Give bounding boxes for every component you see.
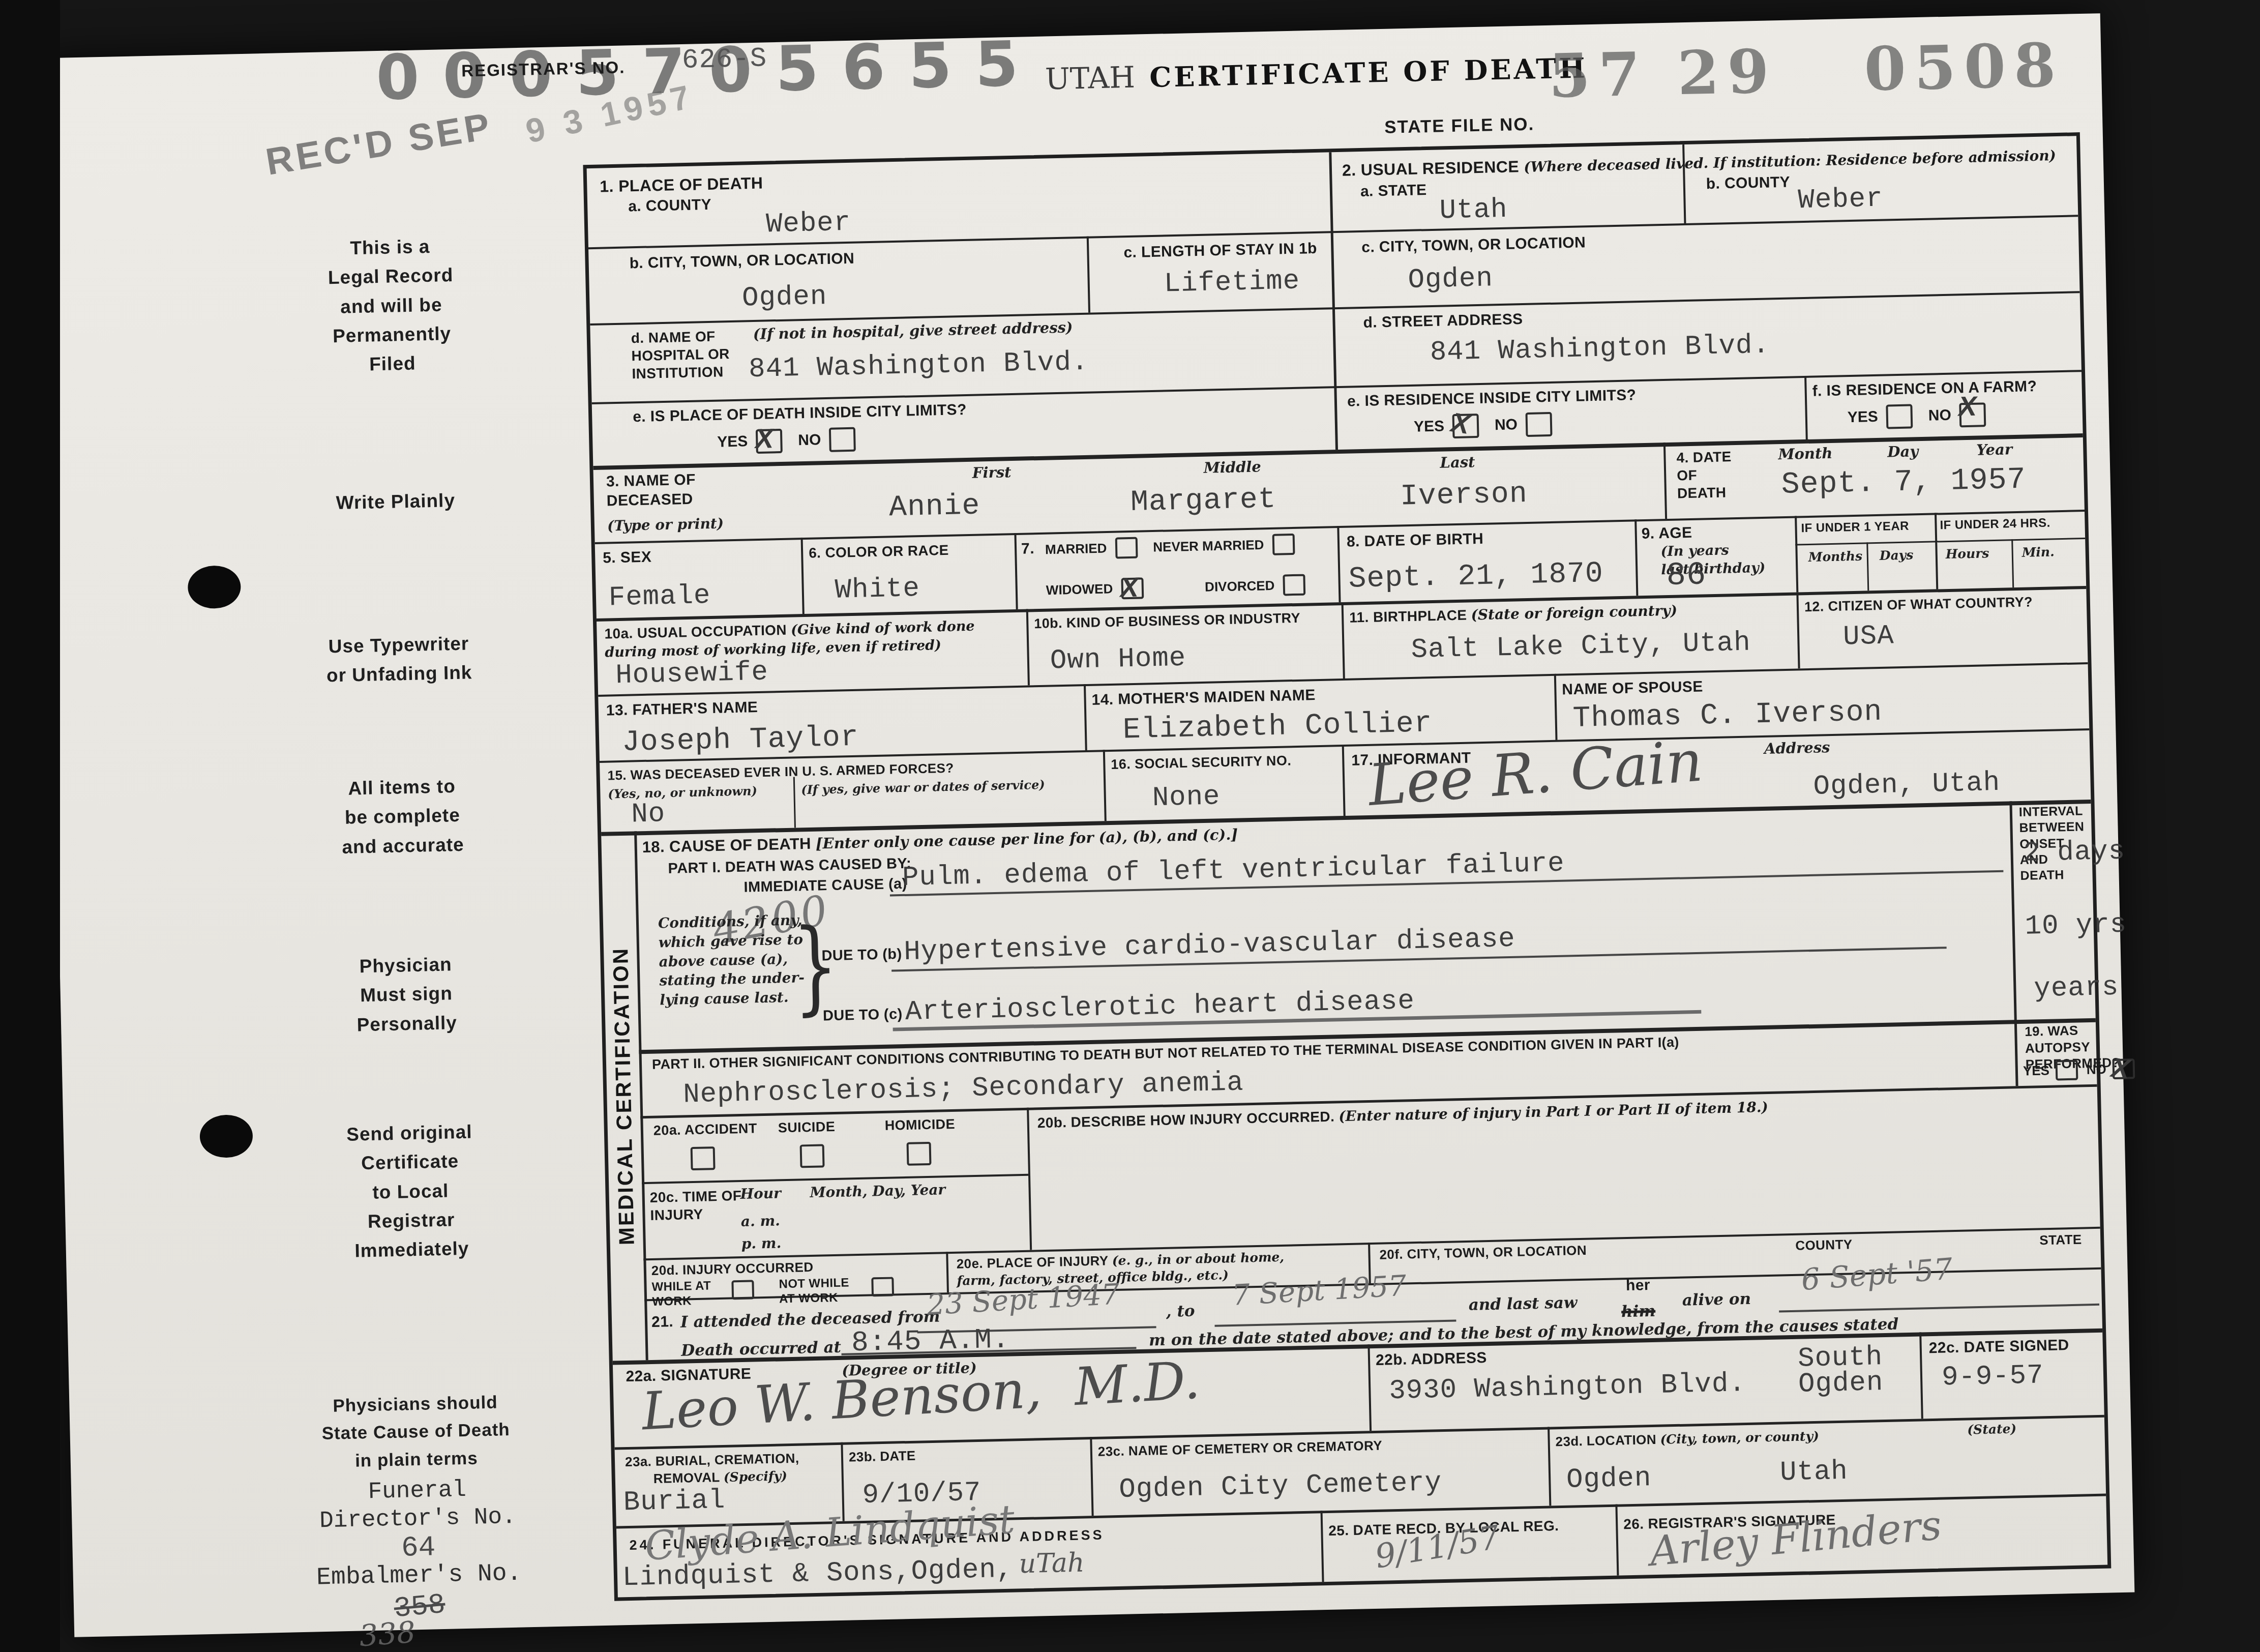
armed-forces-note2: (If yes, give war or dates of service) xyxy=(801,777,1045,799)
color-race-label: 6. COLOR OR RACE xyxy=(809,541,949,562)
last-saw-label: and last saw xyxy=(1468,1292,1578,1316)
marital-row-1: MARRIED NEVER MARRIED xyxy=(1045,533,1309,560)
street-address-value: 841 Washington Blvd. xyxy=(1430,330,1770,369)
burial-label-2: REMOVAL (Specify) xyxy=(653,1467,787,1487)
married-checkbox xyxy=(1115,537,1138,559)
ssn-value: None xyxy=(1152,781,1221,814)
day-header: Day xyxy=(1887,441,1919,462)
medical-certification-sidebar: MEDICAL CERTIFICATION xyxy=(601,831,646,1361)
informant-address-label: Address xyxy=(1764,737,1830,759)
date-of-death-value: Sept. 7, 1957 xyxy=(1781,463,2026,503)
death-statement-tail: m on the date stated above; and to the b… xyxy=(1149,1314,1899,1351)
interval-a-value: 2 days xyxy=(2023,836,2126,869)
no-label: NO xyxy=(798,431,821,449)
age-label-text: 9. AGE xyxy=(1641,524,1692,542)
burial-label-2-text: REMOVAL xyxy=(653,1469,724,1486)
informant-signature: Lee R. Cain xyxy=(1366,728,1705,819)
yes-checkbox: X xyxy=(1452,414,1479,438)
month-header: Month xyxy=(1778,444,1833,464)
burial-location-state: Utah xyxy=(1779,1456,1848,1489)
yes-label: YES xyxy=(717,433,748,450)
certificate-title: UTAH CERTIFICATE OF DEATH xyxy=(1045,50,1588,96)
alive-on-label: alive on xyxy=(1682,1289,1751,1312)
birthplace-label: 11. BIRTHPLACE (State or foreign country… xyxy=(1349,602,1677,627)
date-of-death-label: 4. DATE OF DEATH xyxy=(1676,448,1732,502)
not-while-at-work-checkbox xyxy=(871,1277,894,1297)
month-day-year-label: Month, Day, Year xyxy=(810,1180,945,1202)
first-name-value: Annie xyxy=(889,489,980,524)
if-under-24-hrs-label: IF UNDER 24 HRS. xyxy=(1940,516,2050,534)
date-of-birth-label: 8. DATE OF BIRTH xyxy=(1347,529,1484,551)
state-file-no-stamp: 57 29 0508 xyxy=(1548,29,2065,111)
usual-residence-title-text: 2. USUAL RESIDENCE xyxy=(1342,157,1520,180)
father-name-label: 13. FATHER'S NAME xyxy=(606,698,758,720)
received-date-stamp: REC'D SEP xyxy=(263,104,496,183)
sex-value: Female xyxy=(608,580,711,613)
attended-to-label: , to xyxy=(1166,1301,1195,1323)
days-label: Days xyxy=(1879,546,1913,564)
physician-address-label: 22b. ADDRESS xyxy=(1376,1348,1488,1370)
residence-farm-label: f. IS RESIDENCE ON A FARM? xyxy=(1812,377,2037,401)
no-checkbox xyxy=(829,427,856,452)
burial-label: 23a. BURIAL, CREMATION, xyxy=(625,1450,799,1470)
punch-hole-top xyxy=(187,565,241,609)
suicide-checkbox xyxy=(800,1144,825,1168)
hours-label: Hours xyxy=(1945,545,1989,563)
no-checkbox: X xyxy=(1959,402,1986,427)
never-married-checkbox xyxy=(1272,534,1295,555)
hospital-name-value: 841 Washington Blvd. xyxy=(749,347,1089,386)
last-seen-value: 6 Sept '57 xyxy=(1800,1251,1954,1297)
registrar-no-value: 626-S xyxy=(681,43,767,76)
hospital-name-note: (If not in hospital, give street address… xyxy=(753,317,1073,344)
residence-city-value: Ogden xyxy=(1408,263,1493,296)
armed-forces-value: No xyxy=(631,799,666,830)
homicide-checkbox xyxy=(907,1142,932,1166)
burial-location-city: Ogden xyxy=(1566,1463,1652,1496)
middle-name-value: Margaret xyxy=(1130,483,1276,519)
yes-label: YES xyxy=(1848,408,1879,426)
residence-city-limits-label: e. IS RESIDENCE INSIDE CITY LIMITS? xyxy=(1347,386,1637,411)
first-name-header: First xyxy=(972,462,1011,483)
while-at-work-label: WHILE AT WORK xyxy=(651,1279,711,1309)
occupation-value: Housewife xyxy=(615,657,769,692)
color-race-value: White xyxy=(835,573,920,606)
occupation-label-text: 10a. USUAL OCCUPATION xyxy=(604,622,791,642)
place-of-death-title: 1. PLACE OF DEATH xyxy=(600,173,763,197)
age-label: 9. AGE xyxy=(1641,523,1692,544)
length-of-stay-label: c. LENGTH OF STAY IN 1b xyxy=(1123,239,1317,262)
informant-address-value: Ogden, Utah xyxy=(1813,768,2001,803)
last-name-value: Iverson xyxy=(1400,478,1528,513)
accident-checkbox xyxy=(691,1146,716,1170)
physician-address-city: Ogden xyxy=(1798,1367,1884,1400)
widowed-checkmark: X xyxy=(1120,572,1139,604)
yes-checkbox: X xyxy=(756,429,783,454)
interval-b-value: 10 yrs xyxy=(2025,909,2127,942)
middle-name-header: Middle xyxy=(1203,457,1261,478)
yes-label: YES xyxy=(2023,1063,2050,1078)
burial-label-2-note: (Specify) xyxy=(724,1468,788,1485)
interval-c-value: years xyxy=(2034,972,2119,1005)
title-state: UTAH xyxy=(1045,60,1135,97)
margin-note-send-original: Send original Certificate to Local Regis… xyxy=(231,1115,590,1268)
residence-city-label: c. CITY, TOWN, OR LOCATION xyxy=(1361,233,1586,257)
if-under-1-year-label: IF UNDER 1 YEAR xyxy=(1801,519,1909,537)
mother-maiden-name-label: 14. MOTHER'S MAIDEN NAME xyxy=(1091,686,1316,710)
no-label: NO xyxy=(2087,1061,2107,1077)
part2-label: PART II. OTHER SIGNIFICANT CONDITIONS CO… xyxy=(652,1027,1974,1073)
date-signed-value: 9-9-57 xyxy=(1941,1360,2044,1393)
widowed-checkbox: X xyxy=(1121,577,1144,599)
injury-occurred-label-text: 20b. DESCRIBE HOW INJURY OCCURRED. xyxy=(1037,1108,1339,1131)
name-of-deceased-label: 3. NAME OF DECEASED xyxy=(606,470,696,511)
year-header: Year xyxy=(1976,439,2013,460)
am-label: a. m. xyxy=(740,1211,780,1231)
marital-number: 7. xyxy=(1021,539,1035,558)
divorced-checkbox xyxy=(1283,574,1305,596)
not-while-at-work-label: NOT WHILE AT WORK xyxy=(779,1276,849,1307)
usual-residence-title-note: (Where deceased lived. If institution: R… xyxy=(1524,147,2056,175)
funeral-director-no-label: Funeral Director's No. xyxy=(239,1473,596,1537)
residence-county-label: b. COUNTY xyxy=(1706,173,1790,194)
widowed-label: WIDOWED xyxy=(1046,581,1113,598)
cemetery-label: 23c. NAME OF CEMETERY OR CREMATORY xyxy=(1098,1437,1383,1460)
business-industry-label: 10b. KIND OF BUSINESS OR INDUSTRY xyxy=(1034,610,1300,633)
citizen-label: 12. CITIZEN OF WHAT COUNTRY? xyxy=(1804,594,2033,616)
while-at-work-checkbox xyxy=(731,1280,754,1300)
homicide-label: HOMICIDE xyxy=(884,1116,955,1135)
hour-label: Hour xyxy=(740,1184,781,1204)
no-checkmark: X xyxy=(2110,1052,2132,1085)
no-checkbox: X xyxy=(2113,1058,2135,1079)
registrar-no-label: REGISTRAR'S NO. xyxy=(461,56,626,81)
place-city-value: Ogden xyxy=(742,281,827,314)
margin-note-legal-record: This is a Legal Record and will be Perma… xyxy=(212,229,571,382)
injury-city-label: 20f. CITY, TOWN, OR LOCATION xyxy=(1379,1242,1587,1263)
certificate-paper: 0005705655 REGISTRAR'S NO. 626-S UTAH CE… xyxy=(40,13,2135,1637)
yes-checkbox xyxy=(1886,404,1913,429)
usual-residence-title: 2. USUAL RESIDENCE (Where deceased lived… xyxy=(1342,144,2057,181)
attended-number: 21. xyxy=(651,1312,674,1332)
medical-certification-label: MEDICAL CERTIFICATION xyxy=(608,947,639,1245)
place-city-limits-checkboxes: YES X NO xyxy=(717,427,869,454)
place-city-limits-label: e. IS PLACE OF DEATH INSIDE CITY LIMITS? xyxy=(633,400,967,427)
state-file-no-label: STATE FILE NO. xyxy=(1384,113,1535,138)
injury-state-label: STATE xyxy=(2039,1231,2082,1249)
hospital-name-label: d. NAME OF HOSPITAL OR INSTITUTION xyxy=(631,327,730,382)
residence-city-limits-checkboxes: YES X NO xyxy=(1414,411,1566,439)
burial-location-label: 23d. LOCATION (City, town, or county) xyxy=(1555,1428,1819,1450)
marital-row-2: WIDOWED X DIVORCED xyxy=(1046,574,1319,601)
residence-county-value: Weber xyxy=(1798,184,1883,217)
due-to-b-label: DUE TO (b) xyxy=(821,945,902,965)
attended-from-value: 23 Sept 1947 xyxy=(926,1278,1120,1321)
spouse-name-value: Thomas C. Iverson xyxy=(1572,696,1883,735)
date-signed-label: 22c. DATE SIGNED xyxy=(1928,1336,2069,1358)
margin-note-write-plainly: Write Plainly xyxy=(217,483,574,520)
yes-checkmark: X xyxy=(1449,406,1472,440)
margin-note-complete-accurate: All items to be complete and accurate xyxy=(224,769,582,864)
sex-label: 5. SEX xyxy=(603,548,652,568)
yes-checkmark: X xyxy=(755,423,774,455)
time-of-injury-label: 20c. TIME OF INJURY xyxy=(649,1187,742,1224)
place-county-label: a. COUNTY xyxy=(628,195,711,216)
armed-forces-note1: (Yes, no, or unknown) xyxy=(608,783,757,803)
never-married-label: NEVER MARRIED xyxy=(1153,537,1264,555)
no-label: NO xyxy=(1928,407,1951,424)
scanned-death-certificate-photo: 0005705655 REGISTRAR'S NO. 626-S UTAH CE… xyxy=(0,0,2260,1652)
length-of-stay-value: Lifetime xyxy=(1164,266,1300,300)
age-value: 86 xyxy=(1666,557,1707,595)
accident-label: 20a. ACCIDENT xyxy=(653,1120,757,1139)
injury-occurred-when-label: 20d. INJURY OCCURRED xyxy=(651,1259,814,1279)
months-label: Months xyxy=(1808,548,1862,566)
date-of-birth-value: Sept. 21, 1870 xyxy=(1348,557,1604,596)
burial-state-note: (State) xyxy=(1967,1420,2017,1438)
part1-label: PART I. DEATH WAS CAUSED BY: xyxy=(668,854,911,878)
ssn-label: 16. SOCIAL SECURITY NO. xyxy=(1111,752,1291,773)
residence-state-value: Utah xyxy=(1439,194,1508,227)
title-main: CERTIFICATE OF DEATH xyxy=(1149,51,1588,94)
margin-note-plain-terms: Physicians should State Cause of Death i… xyxy=(237,1386,594,1477)
yes-checkbox xyxy=(2056,1060,2078,1081)
birthplace-value: Salt Lake City, Utah xyxy=(1411,627,1751,666)
no-label: NO xyxy=(1495,416,1518,433)
burial-date-label: 23b. DATE xyxy=(849,1448,916,1465)
place-of-injury-label-text: 20e. PLACE OF INJURY xyxy=(956,1253,1112,1272)
suicide-label: SUICIDE xyxy=(778,1118,835,1137)
birthplace-label-note: (State or foreign country) xyxy=(1471,602,1677,624)
burial-location-label-text: 23d. LOCATION xyxy=(1555,1432,1660,1449)
her-correction: her xyxy=(1626,1276,1651,1295)
place-city-label: b. CITY, TOWN, OR LOCATION xyxy=(629,249,854,273)
embalmer-no-corrected-value: 338 xyxy=(358,1614,417,1652)
business-industry-value: Own Home xyxy=(1050,643,1186,677)
death-occurred-label: Death occurred at xyxy=(681,1337,841,1362)
street-address-label: d. STREET ADDRESS xyxy=(1363,310,1523,332)
injury-county-label: COUNTY xyxy=(1795,1236,1853,1254)
pm-label: p. m. xyxy=(741,1233,781,1253)
cemetery-value: Ogden City Cemetery xyxy=(1119,1467,1442,1506)
certificate-form: MEDICAL CERTIFICATION 1. PLACE OF DEATH … xyxy=(583,132,2111,1601)
last-name-header: Last xyxy=(1440,452,1475,473)
spouse-name-label: NAME OF SPOUSE xyxy=(1562,677,1703,700)
min-label: Min. xyxy=(2021,543,2055,561)
no-checkmark: X xyxy=(1958,391,1977,423)
funeral-director-hand-utah: uTah xyxy=(1019,1547,1085,1579)
injury-occurred-label: 20b. DESCRIBE HOW INJURY OCCURRED. (Ente… xyxy=(1037,1098,1768,1132)
married-label: MARRIED xyxy=(1045,541,1107,557)
name-of-deceased-note: (Type or print) xyxy=(607,514,724,536)
due-to-b-value: Hypertensive cardio-vascular disease xyxy=(904,924,1516,968)
burial-value: Burial xyxy=(623,1485,726,1518)
autopsy-checkboxes: YES NO X xyxy=(2023,1058,2135,1081)
yes-label: YES xyxy=(1414,418,1445,435)
margin-note-typewriter: Use Typewriter or Unfading Ink xyxy=(220,627,577,693)
margin-note-physician-sign: Physician Must sign Personally xyxy=(227,947,585,1042)
no-checkbox xyxy=(1526,412,1553,437)
due-to-c-label: DUE TO (c) xyxy=(823,1005,903,1025)
part2-value: Nephrosclerosis; Secondary anemia xyxy=(683,1067,1244,1110)
injury-occurred-label-note: (Enter nature of injury in Part I or Par… xyxy=(1339,1099,1768,1125)
divorced-label: DIVORCED xyxy=(1205,577,1275,594)
burial-location-label-note: (City, town, or county) xyxy=(1660,1429,1819,1447)
physician-address-value: 3930 Washington Blvd. xyxy=(1389,1368,1746,1407)
conditions-note: Conditions, if any, which gave rise to a… xyxy=(658,910,805,1010)
occupation-label: 10a. USUAL OCCUPATION (Give kind of work… xyxy=(604,616,1017,661)
mother-maiden-name-value: Elizabeth Collier xyxy=(1122,707,1433,747)
father-name-value: Joseph Taylor xyxy=(622,721,859,759)
residence-farm-checkboxes: YES NO X xyxy=(1847,402,1999,430)
birthplace-label-text: 11. BIRTHPLACE xyxy=(1349,607,1471,625)
place-county-value: Weber xyxy=(765,208,851,241)
citizen-value: USA xyxy=(1843,621,1895,653)
cause-of-death-label-text: 18. CAUSE OF DEATH xyxy=(642,835,816,856)
residence-state-label: a. STATE xyxy=(1360,181,1427,201)
